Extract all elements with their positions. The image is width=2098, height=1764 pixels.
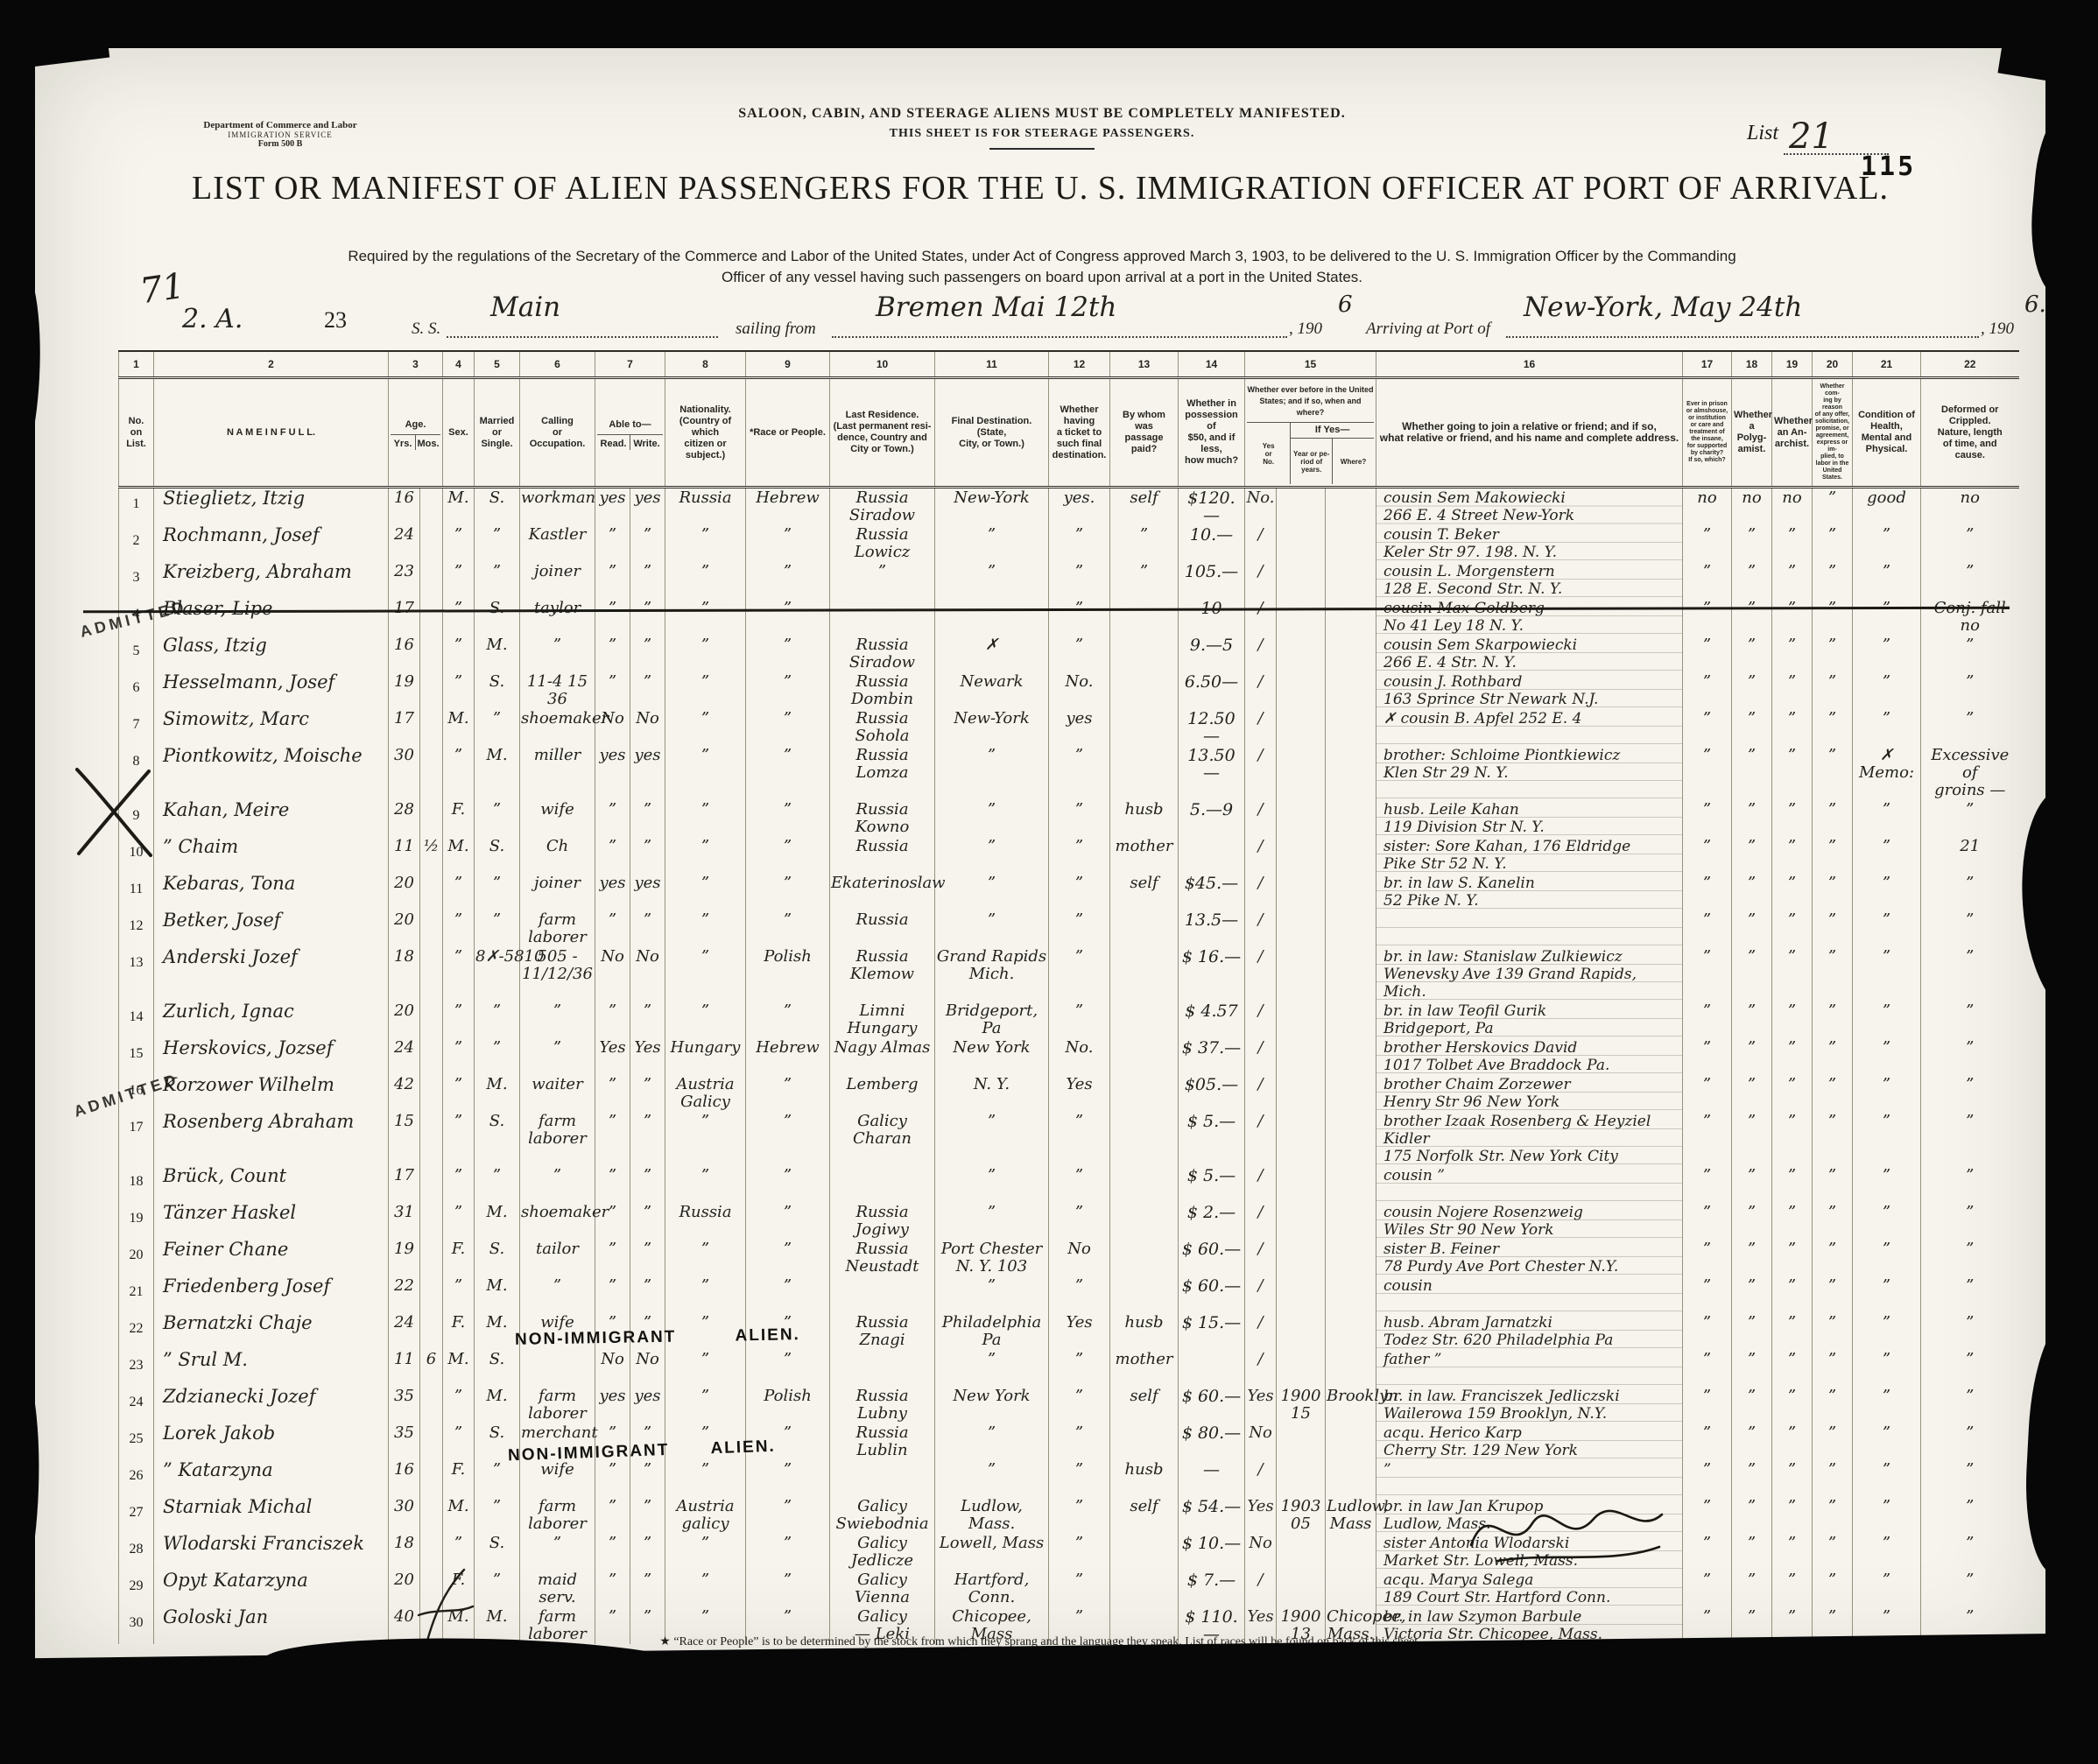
cell-de: ”: [935, 874, 1049, 910]
cell-re: Russia Znagi: [830, 1313, 935, 1350]
column-number: 18: [1732, 351, 1772, 378]
cell-pg: ”: [1732, 1313, 1772, 1350]
cell-bf: /: [1245, 1001, 1277, 1038]
cell-m: [420, 1387, 443, 1423]
cell-n: 5: [119, 636, 154, 672]
column-number: 2: [154, 351, 389, 378]
cell-ms: S.: [475, 672, 520, 709]
column-number: 7: [595, 351, 665, 378]
cell-tk: ”: [1049, 947, 1110, 1001]
cell-df: ”: [1921, 1534, 2019, 1571]
scan-tear: [0, 787, 39, 1121]
cell-an: ”: [1772, 1001, 1813, 1038]
cell-de: ”: [935, 746, 1049, 800]
cell-rl: br. in law: Stanislaw Zulkiewicz Wenevsk…: [1376, 947, 1683, 1001]
cell-re: Russia Lublin: [830, 1423, 935, 1460]
cell-de: ”: [935, 525, 1049, 562]
column-number: 16: [1376, 351, 1683, 378]
cell-tk: ”: [1049, 1350, 1110, 1387]
cell-oc: maid serv.: [520, 1571, 595, 1607]
cell-tk: ”: [1049, 800, 1110, 837]
alien-text: ALIEN.: [735, 1325, 800, 1345]
cell-n: 19: [119, 1203, 154, 1240]
cell-tk: ”: [1049, 1001, 1110, 1038]
cell-sx: ”: [443, 1166, 475, 1203]
cell-ms: S.: [475, 599, 520, 636]
cell-an: ”: [1772, 1166, 1813, 1203]
table-row: 1Stieglietz, Itzig16M.S.workmanyesyesRus…: [119, 488, 2019, 526]
cell-n: 28: [119, 1534, 154, 1571]
table-row: 13Anderski Jozef18”8✗-5810505 - 11/12/36…: [119, 947, 2019, 1001]
cell-bf: /: [1245, 1075, 1277, 1112]
cell-re: Lemberg: [830, 1075, 935, 1112]
cell-ms: ”: [475, 562, 520, 599]
cell-rl: acqu. Marya Salega 189 Court Str. Hartfo…: [1376, 1571, 1683, 1607]
column-number: 9: [746, 351, 830, 378]
cell-ra: ”: [746, 636, 830, 672]
cell-pg: no: [1732, 488, 1772, 526]
required-paragraph: Required by the regulations of the Secre…: [88, 246, 1996, 288]
cell-de: Newark: [935, 672, 1049, 709]
cell-name: ” Chaim: [154, 837, 389, 874]
cell-bf: /: [1245, 837, 1277, 874]
cell-sx: ”: [443, 636, 475, 672]
cell-df: ”: [1921, 1423, 2019, 1460]
cell-ra: ”: [746, 1075, 830, 1112]
table-row: 4Blaser, Lipe17”S.taylor”””””10/cousin M…: [119, 599, 2019, 636]
required-line1: Required by the regulations of the Secre…: [88, 246, 1996, 267]
cell-mo: $ 60.—: [1179, 1387, 1245, 1423]
cell-he: ”: [1853, 1276, 1921, 1313]
cell-pg: ”: [1732, 910, 1772, 947]
cell-rl: brother Herskovics David 1017 Tolbet Ave…: [1376, 1038, 1683, 1075]
cell-wr: ”: [630, 1112, 665, 1166]
cell-lb: ”: [1813, 874, 1853, 910]
alien-text: ALIEN.: [710, 1437, 776, 1458]
cell-mo: 10: [1179, 599, 1245, 636]
cell-bf: /: [1245, 1166, 1277, 1203]
cell-de: Grand Rapids Mich.: [935, 947, 1049, 1001]
manifest-sheet: Department of Commerce and Labor IMMIGRA…: [35, 48, 2045, 1669]
cell-ra: Polish: [746, 947, 830, 1001]
cell-bw: Ludlow, Mass: [1326, 1497, 1376, 1534]
cell-bf: /: [1245, 800, 1277, 837]
cell-wr: ”: [630, 599, 665, 636]
cell-rl: ✗ cousin B. Apfel 252 E. 4: [1376, 709, 1683, 746]
cell-rd: ”: [595, 672, 630, 709]
cell-sx: ”: [443, 1423, 475, 1460]
cell-sx: F.: [443, 800, 475, 837]
cell-name: Starniak Michal: [154, 1497, 389, 1534]
cell-re: Russia: [830, 910, 935, 947]
cell-lb: ”: [1813, 1112, 1853, 1166]
cell-bf: No: [1245, 1423, 1277, 1460]
cell-ra: ”: [746, 837, 830, 874]
cell-bw: [1326, 1038, 1376, 1075]
table-row: 20Feiner Chane19F.S.tailor””””Russia Neu…: [119, 1240, 2019, 1276]
cell-wr: ”: [630, 1460, 665, 1497]
cell-n: 24: [119, 1387, 154, 1423]
cell-he: ”: [1853, 1001, 1921, 1038]
cell-y: 15: [389, 1112, 420, 1166]
cell-n: 15: [119, 1038, 154, 1075]
cell-bf: /: [1245, 1276, 1277, 1313]
cell-sx: M.: [443, 1350, 475, 1387]
cell-lb: ”: [1813, 709, 1853, 746]
cell-ra: ”: [746, 1203, 830, 1240]
cell-y: 11: [389, 1350, 420, 1387]
cell-wr: ”: [630, 1534, 665, 1571]
column-header: Whether in possession of $50, and if les…: [1179, 378, 1245, 488]
cell-rl: acqu. Herico Karp Cherry Str. 129 New Yo…: [1376, 1423, 1683, 1460]
cell-df: ”: [1921, 525, 2019, 562]
cell-ra: ”: [746, 599, 830, 636]
cell-wr: No: [630, 1350, 665, 1387]
cell-oc: Kastler: [520, 525, 595, 562]
cell-pg: ”: [1732, 837, 1772, 874]
cell-ra: ”: [746, 874, 830, 910]
cell-name: Kreizberg, Abraham: [154, 562, 389, 599]
table-row: 25Lorek Jakob35”S.merchant””””Russia Lub…: [119, 1423, 2019, 1460]
cell-de: ”: [935, 1112, 1049, 1166]
table-row: 18Brück, Count17”””””””””$ 5.—/cousin ””…: [119, 1166, 2019, 1203]
cell-oc: ”: [520, 1038, 595, 1075]
cell-rl: [1376, 910, 1683, 947]
cell-df: ”: [1921, 562, 2019, 599]
column-number: 17: [1683, 351, 1732, 378]
cell-by: [1277, 562, 1326, 599]
cell-an: ”: [1772, 1203, 1813, 1240]
cell-lb: ”: [1813, 1497, 1853, 1534]
cell-name: Rosenberg Abraham: [154, 1112, 389, 1166]
cell-re: Russia Lowicz: [830, 525, 935, 562]
cell-bw: [1326, 488, 1376, 526]
cell-tk: ”: [1049, 525, 1110, 562]
column-number: 11: [935, 351, 1049, 378]
cell-an: ”: [1772, 1313, 1813, 1350]
cell-m: [420, 1423, 443, 1460]
cell-he: ”: [1853, 1460, 1921, 1497]
column-header: Deformed or Crippled. Nature, length of …: [1921, 378, 2019, 488]
cell-lb: ”: [1813, 672, 1853, 709]
cell-lb: ”: [1813, 1350, 1853, 1387]
cell-an: ”: [1772, 874, 1813, 910]
cell-wr: ”: [630, 562, 665, 599]
cell-lb: ”: [1813, 746, 1853, 800]
cell-oc: Ch: [520, 837, 595, 874]
column-label-row: No. on List.N A M E I N F U L L.Age.Yrs.…: [119, 378, 2019, 488]
cell-re: Galicy Vienna: [830, 1571, 935, 1607]
cell-na: ”: [665, 1571, 746, 1607]
cell-df: ”: [1921, 1313, 2019, 1350]
cell-sx: F.: [443, 1460, 475, 1497]
cell-sx: M.: [443, 488, 475, 526]
cell-bf: /: [1245, 1460, 1277, 1497]
cell-sx: ”: [443, 1075, 475, 1112]
cell-wr: yes: [630, 488, 665, 526]
cell-pd: [1110, 1001, 1179, 1038]
sailing-port: Bremen Mai 12th: [876, 292, 1116, 323]
cell-rl: cousin Nojere Rosenzweig Wiles Str 90 Ne…: [1376, 1203, 1683, 1240]
cell-rd: No: [595, 947, 630, 1001]
cell-lb: ”: [1813, 599, 1853, 636]
cell-de: Bridgeport, Pa: [935, 1001, 1049, 1038]
cell-m: [420, 1001, 443, 1038]
cell-he: ”: [1853, 947, 1921, 1001]
cell-ms: ”: [475, 1001, 520, 1038]
cell-bf: /: [1245, 672, 1277, 709]
table-row: 9Kahan, Meire28F.”wife””””Russia Kowno””…: [119, 800, 2019, 837]
table-row: 23” Srul M.116M.S.NoNo””””mother/father …: [119, 1350, 2019, 1387]
cell-tk: ”: [1049, 599, 1110, 636]
column-header: Nationality. (Country of which citizen o…: [665, 378, 746, 488]
table-row: 3Kreizberg, Abraham23””joiner””””””””105…: [119, 562, 2019, 599]
cell-mo: $05.—: [1179, 1075, 1245, 1112]
cell-pd: [1110, 1534, 1179, 1571]
column-number: 15: [1245, 351, 1376, 378]
cell-df: ”: [1921, 1387, 2019, 1423]
cell-mo: $ 37.—: [1179, 1038, 1245, 1075]
cell-pg: ”: [1732, 1203, 1772, 1240]
cell-mo: 10.—: [1179, 525, 1245, 562]
cell-df: ”: [1921, 1166, 2019, 1203]
cell-mo: 9.—5: [1179, 636, 1245, 672]
cell-pg: ”: [1732, 709, 1772, 746]
cell-tk: No.: [1049, 1038, 1110, 1075]
list-label: List: [1747, 122, 1778, 144]
cell-tk: ”: [1049, 1166, 1110, 1203]
cell-name: Kahan, Meire: [154, 800, 389, 837]
cell-by: [1277, 874, 1326, 910]
cell-df: ”: [1921, 1276, 2019, 1313]
cell-n: 18: [119, 1166, 154, 1203]
cell-by: [1277, 672, 1326, 709]
cell-oc: farm laborer: [520, 1112, 595, 1166]
cell-n: 6: [119, 672, 154, 709]
cell-de: Ludlow, Mass.: [935, 1497, 1049, 1534]
ship-name: Main: [490, 292, 560, 323]
cell-bw: [1326, 1313, 1376, 1350]
cell-name: ” Srul M.: [154, 1350, 389, 1387]
cell-ra: ”: [746, 1534, 830, 1571]
cell-bw: [1326, 1423, 1376, 1460]
cell-mo: 13.50—: [1179, 746, 1245, 800]
cell-mo: 13.5—: [1179, 910, 1245, 947]
cell-by: [1277, 837, 1326, 874]
cell-rd: ”: [595, 525, 630, 562]
cell-sx: M.: [443, 837, 475, 874]
cell-an: ”: [1772, 1497, 1813, 1534]
column-header: By whom was passage paid?: [1110, 378, 1179, 488]
cell-de: New York: [935, 1038, 1049, 1075]
column-number: 21: [1853, 351, 1921, 378]
cell-oc: ”: [520, 1001, 595, 1038]
cell-bf: Yes: [1245, 1387, 1277, 1423]
column-header: Calling or Occupation.: [520, 378, 595, 488]
cell-na: ”: [665, 525, 746, 562]
cell-lb: ”: [1813, 800, 1853, 837]
cell-na: ”: [665, 910, 746, 947]
cell-rd: yes: [595, 1387, 630, 1423]
cell-ms: ”: [475, 1497, 520, 1534]
arriving-label: Arriving at Port of: [1366, 320, 1490, 339]
cell-name: Brück, Count: [154, 1166, 389, 1203]
cell-tk: yes: [1049, 709, 1110, 746]
cell-na: ”: [665, 1387, 746, 1423]
cell-df: ”: [1921, 1571, 2019, 1607]
cell-wr: ”: [630, 800, 665, 837]
cell-he: ✗ Memo:: [1853, 746, 1921, 800]
table-row: 6Hesselmann, Josef19”S.11-4 15 36””””Rus…: [119, 672, 2019, 709]
column-number-row: 12345678910111213141516171819202122: [119, 351, 2019, 378]
cell-pd: husb: [1110, 1313, 1179, 1350]
cell-ra: ”: [746, 1112, 830, 1166]
cell-rd: ”: [595, 1240, 630, 1276]
cell-y: 35: [389, 1423, 420, 1460]
column-number: 14: [1179, 351, 1245, 378]
cell-sx: ”: [443, 672, 475, 709]
cell-an: ”: [1772, 1350, 1813, 1387]
cell-sx: ”: [443, 1387, 475, 1423]
cell-pd: [1110, 947, 1179, 1001]
cell-mo: $ 5.—: [1179, 1112, 1245, 1166]
cell-mo: —: [1179, 1460, 1245, 1497]
cell-pr: ”: [1683, 1534, 1732, 1571]
cell-df: 21: [1921, 837, 2019, 874]
cell-y: 35: [389, 1387, 420, 1423]
table-row: 11Kebaras, Tona20””joineryesyes””Ekateri…: [119, 874, 2019, 910]
column-number: 8: [665, 351, 746, 378]
cell-pd: [1110, 599, 1179, 636]
cell-name: Opyt Katarzyna: [154, 1571, 389, 1607]
cell-de: Port Chester N. Y. 103: [935, 1240, 1049, 1276]
cell-mo: $ 80.—: [1179, 1423, 1245, 1460]
cell-oc: joiner: [520, 562, 595, 599]
cell-oc: taylor: [520, 599, 595, 636]
cell-by: [1277, 1350, 1326, 1387]
cell-n: 7: [119, 709, 154, 746]
cell-re: Galicy Charan: [830, 1112, 935, 1166]
cell-rd: ”: [595, 1276, 630, 1313]
cell-rl: cousin L. Morgenstern 128 E. Second Str.…: [1376, 562, 1683, 599]
cell-bf: /: [1245, 636, 1277, 672]
cell-he: ”: [1853, 800, 1921, 837]
cell-ra: ”: [746, 1276, 830, 1313]
cell-df: ”: [1921, 1112, 2019, 1166]
cell-lb: ”: [1813, 837, 1853, 874]
cell-m: [420, 1203, 443, 1240]
cell-name: ” Katarzyna: [154, 1460, 389, 1497]
cell-sx: ”: [443, 562, 475, 599]
cell-by: [1277, 1075, 1326, 1112]
cell-pg: ”: [1732, 599, 1772, 636]
cell-by: [1277, 910, 1326, 947]
cell-ra: ”: [746, 1166, 830, 1203]
cell-oc: farm laborer: [520, 910, 595, 947]
cell-tk: No.: [1049, 672, 1110, 709]
cell-sx: ”: [443, 947, 475, 1001]
cell-an: ”: [1772, 1240, 1813, 1276]
cell-sx: ”: [443, 1038, 475, 1075]
cell-by: [1277, 1460, 1326, 1497]
cell-re: [830, 1276, 935, 1313]
cell-re: Russia Sohola: [830, 709, 935, 746]
column-number: 12: [1049, 351, 1110, 378]
cell-pd: mother: [1110, 837, 1179, 874]
cell-re: Limni Hungary: [830, 1001, 935, 1038]
cell-bw: [1326, 1350, 1376, 1387]
cell-re: Russia Klemow: [830, 947, 935, 1001]
cell-pr: ”: [1683, 1423, 1732, 1460]
cell-pr: ”: [1683, 947, 1732, 1001]
cell-mo: $ 15.—: [1179, 1313, 1245, 1350]
column-number: 10: [830, 351, 935, 378]
cell-pd: husb: [1110, 800, 1179, 837]
cell-m: [420, 746, 443, 800]
cell-he: ”: [1853, 1350, 1921, 1387]
table-row: 8Piontkowitz, Moische30”M.milleryesyes””…: [119, 746, 2019, 800]
cell-bw: [1326, 1571, 1376, 1607]
cell-name: Blaser, Lipe: [154, 599, 389, 636]
ss-label: S. S.: [412, 320, 440, 339]
cell-pd: self: [1110, 1387, 1179, 1423]
cell-ms: M.: [475, 1276, 520, 1313]
cell-bw: [1326, 599, 1376, 636]
cell-by: [1277, 1423, 1326, 1460]
cell-lb: ”: [1813, 947, 1853, 1001]
cell-mo: $ 5.—: [1179, 1166, 1245, 1203]
cell-ms: ”: [475, 709, 520, 746]
cell-tk: ”: [1049, 636, 1110, 672]
cell-bf: /: [1245, 1203, 1277, 1240]
cell-tk: ”: [1049, 1387, 1110, 1423]
cell-na: ”: [665, 599, 746, 636]
cell-he: ”: [1853, 1075, 1921, 1112]
cell-bf: No: [1245, 1534, 1277, 1571]
cell-bw: Brooklyn: [1326, 1387, 1376, 1423]
cell-df: ”: [1921, 910, 2019, 947]
cell-sx: ”: [443, 1001, 475, 1038]
cell-ra: ”: [746, 709, 830, 746]
cell-an: ”: [1772, 636, 1813, 672]
cell-oc: [520, 1350, 595, 1387]
cell-pd: [1110, 1038, 1179, 1075]
cell-m: [420, 636, 443, 672]
cell-ms: ”: [475, 1166, 520, 1203]
cell-pg: ”: [1732, 1534, 1772, 1571]
cell-bw: [1326, 562, 1376, 599]
list-number-field: List 21: [1747, 108, 1889, 150]
cell-de: ”: [935, 1203, 1049, 1240]
cell-pr: ”: [1683, 709, 1732, 746]
cell-df: ”: [1921, 1203, 2019, 1240]
cell-re: Russia Lomza: [830, 746, 935, 800]
cell-wr: yes: [630, 1387, 665, 1423]
cell-y: 24: [389, 1038, 420, 1075]
cell-pd: self: [1110, 1497, 1179, 1534]
cell-wr: No: [630, 947, 665, 1001]
cell-lb: ”: [1813, 488, 1853, 526]
cell-ms: M.: [475, 1387, 520, 1423]
department-line3: Form 500 B: [166, 139, 394, 149]
cell-na: ”: [665, 1350, 746, 1387]
cell-oc: tailor: [520, 1240, 595, 1276]
cell-bf: /: [1245, 709, 1277, 746]
cell-n: 21: [119, 1276, 154, 1313]
cell-name: Rochmann, Josef: [154, 525, 389, 562]
cell-ra: Hebrew: [746, 1038, 830, 1075]
cell-m: [420, 1460, 443, 1497]
